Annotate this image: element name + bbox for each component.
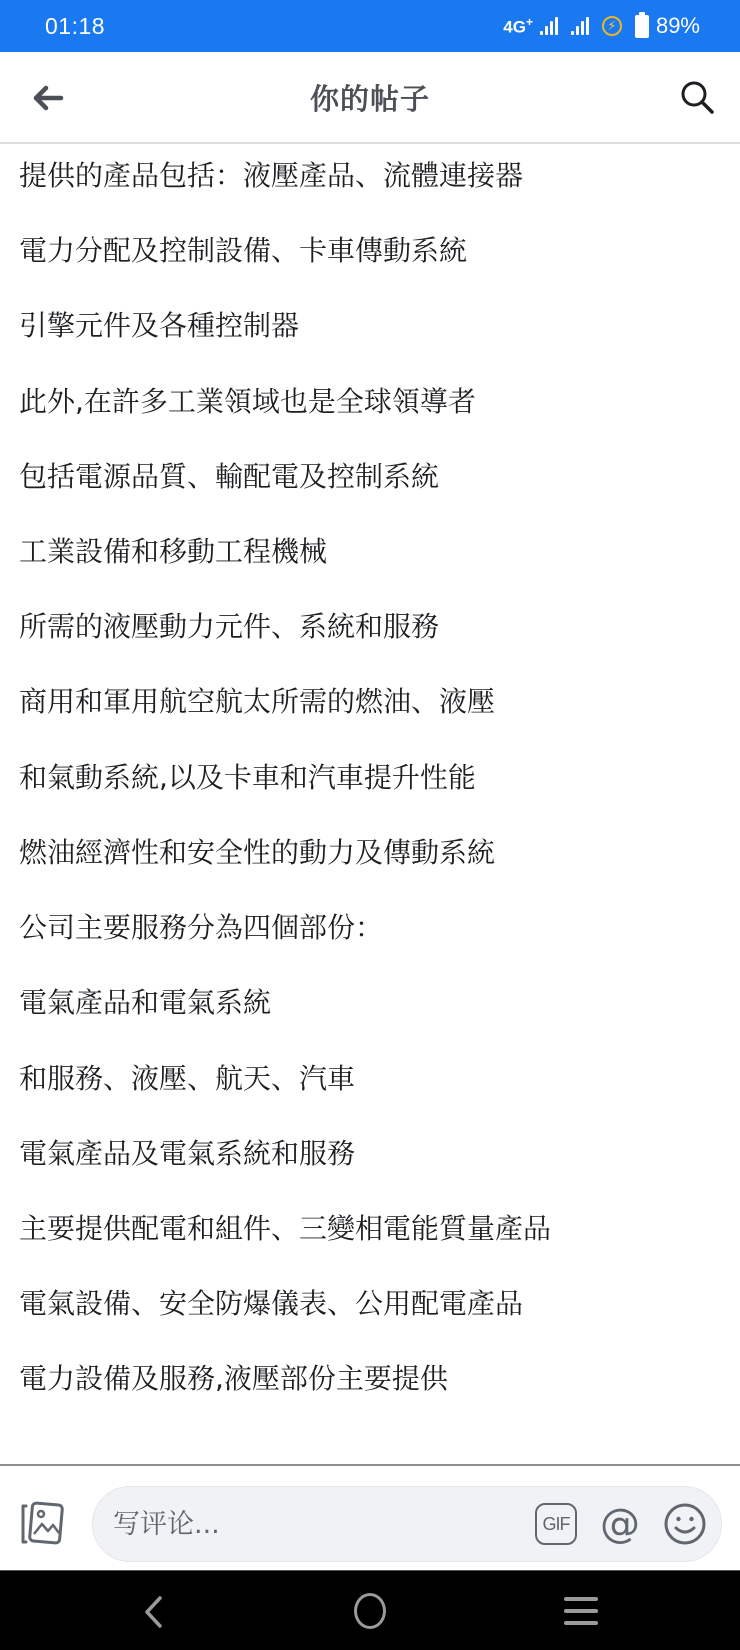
post-text-line: 公司主要服務分為四個部份： [19, 908, 383, 948]
emoji-icon [662, 1501, 708, 1547]
post-text-line: 引擎元件及各種控制器 [19, 306, 299, 346]
arrow-left-icon [32, 84, 64, 112]
post-text-line: 提供的產品包括：液壓產品、流體連接器 [19, 156, 523, 196]
post-text-line: 包括電源品質、輸配電及控制系統 [19, 457, 439, 497]
post-body: 提供的產品包括：液壓產品、流體連接器 電力分配及控制設備、卡車傳動系統 引擎元件… [0, 144, 740, 1464]
emoji-button[interactable] [662, 1501, 708, 1547]
search-button[interactable] [676, 76, 718, 118]
nav-home-icon[interactable] [354, 1593, 386, 1629]
mention-button[interactable]: @ [597, 1499, 643, 1549]
status-time: 01:18 [45, 13, 105, 40]
post-text-line: 和服務、液壓、航天、汽車 [19, 1059, 355, 1099]
post-text-line: 和氣動系統,以及卡車和汽車提升性能 [19, 758, 476, 798]
post-text-line: 主要提供配電和組件、三變相電能質量產品 [19, 1209, 551, 1249]
photo-icon [20, 1500, 70, 1548]
search-icon [679, 79, 715, 115]
post-text-line: 商用和軍用航空航太所需的燃油、液壓 [19, 682, 495, 722]
back-button[interactable] [28, 78, 68, 118]
gif-button[interactable]: GIF [535, 1503, 577, 1545]
signal-icon [571, 17, 589, 35]
comment-input[interactable] [113, 1487, 513, 1561]
post-text-line: 電氣產品和電氣系統 [19, 983, 271, 1023]
post-text-line: 電氣設備、安全防爆儀表、公用配電產品 [19, 1284, 523, 1324]
mention-icon: @ [600, 1504, 640, 1544]
app-header: 你的帖子 [0, 52, 740, 144]
network-type-label: 4G [503, 17, 526, 36]
system-nav-bar [0, 1570, 740, 1650]
nav-back-button[interactable] [140, 1595, 170, 1629]
post-text-line: 電力分配及控制設備、卡車傳動系統 [19, 231, 467, 271]
post-text-line: 此外,在許多工業領域也是全球領導者 [19, 382, 476, 422]
post-text-line: 燃油經濟性和安全性的動力及傳動系統 [19, 833, 495, 873]
page-title: 你的帖子 [310, 77, 430, 118]
post-text-line: 所需的液壓動力元件、系統和服務 [19, 607, 439, 647]
post-text-line: 電力設備及服務,液壓部份主要提供 [19, 1359, 448, 1399]
post-text-line: 工業設備和移動工程機械 [19, 532, 327, 572]
signal-icon [540, 17, 558, 35]
network-type: 4G+ [503, 15, 533, 38]
network-type-suffix: + [526, 15, 533, 29]
comment-composer: GIF @ [0, 1464, 740, 1570]
gif-icon: GIF [543, 1514, 570, 1535]
comment-box: GIF @ [92, 1486, 722, 1562]
add-photo-button[interactable] [20, 1500, 70, 1548]
status-bar: 01:18 4G+ ⚡ 89% [0, 0, 740, 52]
battery-percent: 89% [656, 13, 700, 39]
nav-back-icon [140, 1595, 170, 1629]
post-text-line: 電氣產品及電氣系統和服務 [19, 1134, 355, 1174]
battery-icon [635, 15, 649, 38]
status-indicators: 4G+ ⚡ 89% [503, 13, 700, 39]
nav-recents-icon[interactable] [564, 1597, 598, 1625]
power-saver-icon: ⚡ [602, 16, 622, 36]
